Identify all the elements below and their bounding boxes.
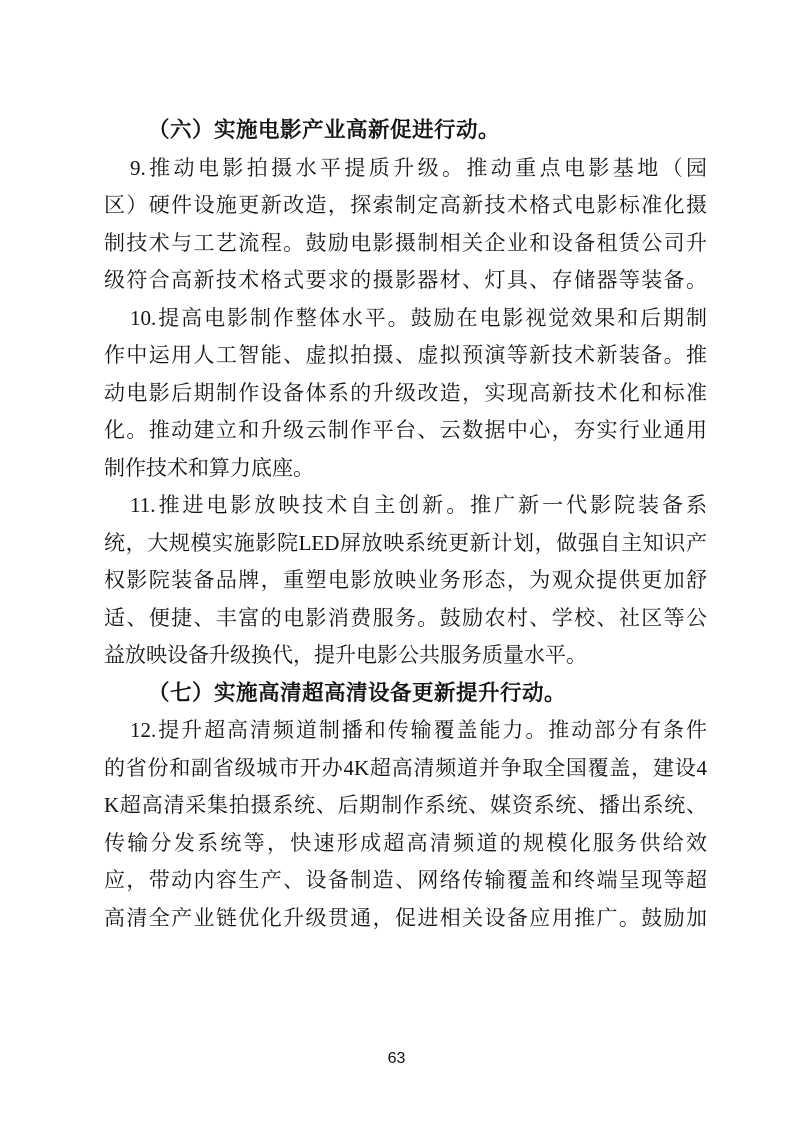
paragraph-9-line-4: 级符合高新技术格式要求的摄影器材、灯具、存储器等装备。: [104, 262, 707, 300]
paragraph-12-line-5: 应，带动内容生产、设备制造、网络传输覆盖和终端呈现等超: [104, 862, 707, 900]
document-body: （六）实施电影产业高新促进行动。 9.推动电影拍摄水平提质升级。推动重点电影基地…: [104, 112, 707, 937]
paragraph-10-line-5: 制作技术和算力底座。: [104, 450, 707, 488]
paragraph-11-line-5: 益放映设备升级换代，提升电影公共服务质量水平。: [104, 637, 707, 675]
paragraph-11-line-4: 适、便捷、丰富的电影消费服务。鼓励农村、学校、社区等公: [104, 600, 707, 638]
paragraph-11-line-2: 统，大规模实施影院LED屏放映系统更新计划，做强自主知识产: [104, 525, 707, 563]
section-heading-6: （六）实施电影产业高新促进行动。: [104, 112, 707, 150]
paragraph-9-line-3: 制技术与工艺流程。鼓励电影摄制相关企业和设备租赁公司升: [104, 225, 707, 263]
paragraph-10-line-1: 10.提高电影制作整体水平。鼓励在电影视觉效果和后期制: [104, 300, 707, 338]
paragraph-9-line-1: 9.推动电影拍摄水平提质升级。推动重点电影基地（园: [104, 150, 707, 188]
paragraph-12-line-6: 高清全产业链优化升级贯通，促进相关设备应用推广。鼓励加: [104, 900, 707, 938]
paragraph-10-line-2: 作中运用人工智能、虚拟拍摄、虚拟预演等新技术新装备。推: [104, 337, 707, 375]
paragraph-11-line-3: 权影院装备品牌，重塑电影放映业务形态，为观众提供更加舒: [104, 562, 707, 600]
paragraph-10-line-4: 化。推动建立和升级云制作平台、云数据中心，夯实行业通用: [104, 412, 707, 450]
document-page: （六）实施电影产业高新促进行动。 9.推动电影拍摄水平提质升级。推动重点电影基地…: [0, 0, 793, 1122]
section-heading-7: （七）实施高清超高清设备更新提升行动。: [104, 675, 707, 713]
paragraph-12-line-2: 的省份和副省级城市开办4K超高清频道并争取全国覆盖，建设4: [104, 750, 707, 788]
paragraph-12-line-3: K超高清采集拍摄系统、后期制作系统、媒资系统、播出系统、: [104, 787, 707, 825]
paragraph-10-line-3: 动电影后期制作设备体系的升级改造，实现高新技术化和标准: [104, 375, 707, 413]
paragraph-9-line-2: 区）硬件设施更新改造，探索制定高新技术格式电影标准化摄: [104, 187, 707, 225]
paragraph-12-line-1: 12.提升超高清频道制播和传输覆盖能力。推动部分有条件: [104, 712, 707, 750]
paragraph-11-line-1: 11.推进电影放映技术自主创新。推广新一代影院装备系: [104, 487, 707, 525]
page-number: 63: [0, 1050, 793, 1068]
paragraph-12-line-4: 传输分发系统等，快速形成超高清频道的规模化服务供给效: [104, 825, 707, 863]
